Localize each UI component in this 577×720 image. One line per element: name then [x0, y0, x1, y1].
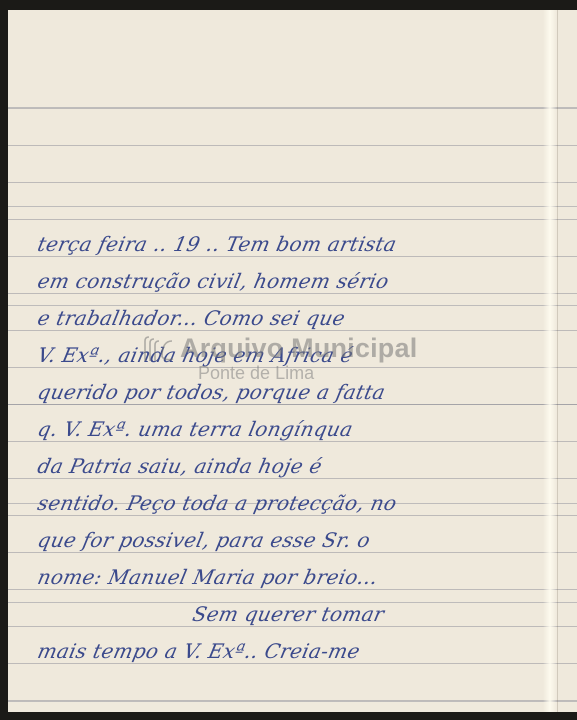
handwritten-line: nome: Manuel Maria por breio... — [35, 565, 380, 589]
paper-fold — [543, 10, 557, 712]
ruled-line — [8, 145, 577, 146]
handwritten-line: Sem querer tomar — [190, 602, 386, 626]
ruled-line — [8, 700, 577, 701]
ruled-line — [8, 330, 577, 331]
ruled-line — [8, 293, 577, 294]
ruled-line — [8, 404, 577, 405]
handwritten-line: sentido. Peço toda a protecção, no — [35, 491, 399, 515]
letter-page: terça feira .. 19 .. Tem bom artista em … — [8, 10, 577, 712]
handwritten-line: querido por todos, porque a fatta — [35, 380, 387, 404]
ruled-line — [8, 552, 577, 553]
ruled-line — [8, 515, 577, 516]
paper-fold-edge — [557, 10, 558, 712]
handwritten-line: mais tempo a V. Exª.. Creia-me — [35, 639, 362, 663]
ruled-line — [8, 626, 577, 627]
handwritten-line: da Patria saiu, ainda hoje é — [35, 454, 324, 478]
ruled-line — [8, 367, 577, 368]
ruled-line — [8, 663, 577, 664]
ruled-line — [8, 441, 577, 442]
ruled-line — [8, 589, 577, 590]
handwritten-line: e trabalhador... Como sei que — [35, 306, 347, 330]
scan-border-bottom — [0, 712, 577, 720]
ruled-line — [8, 108, 577, 109]
handwritten-line: q. V. Exª. uma terra longínqua — [35, 417, 355, 441]
ruled-line — [8, 478, 577, 479]
ruled-line — [8, 256, 577, 257]
ruled-line — [8, 219, 577, 220]
handwritten-line: V. Exª., ainda hoje em Africa é — [35, 343, 355, 367]
handwritten-line: que for possivel, para esse Sr. o — [35, 528, 372, 552]
ruled-line — [8, 182, 577, 183]
handwritten-line: terça feira .. 19 .. Tem bom artista — [35, 232, 399, 256]
handwritten-line: em construção civil, homem sério — [35, 269, 391, 293]
